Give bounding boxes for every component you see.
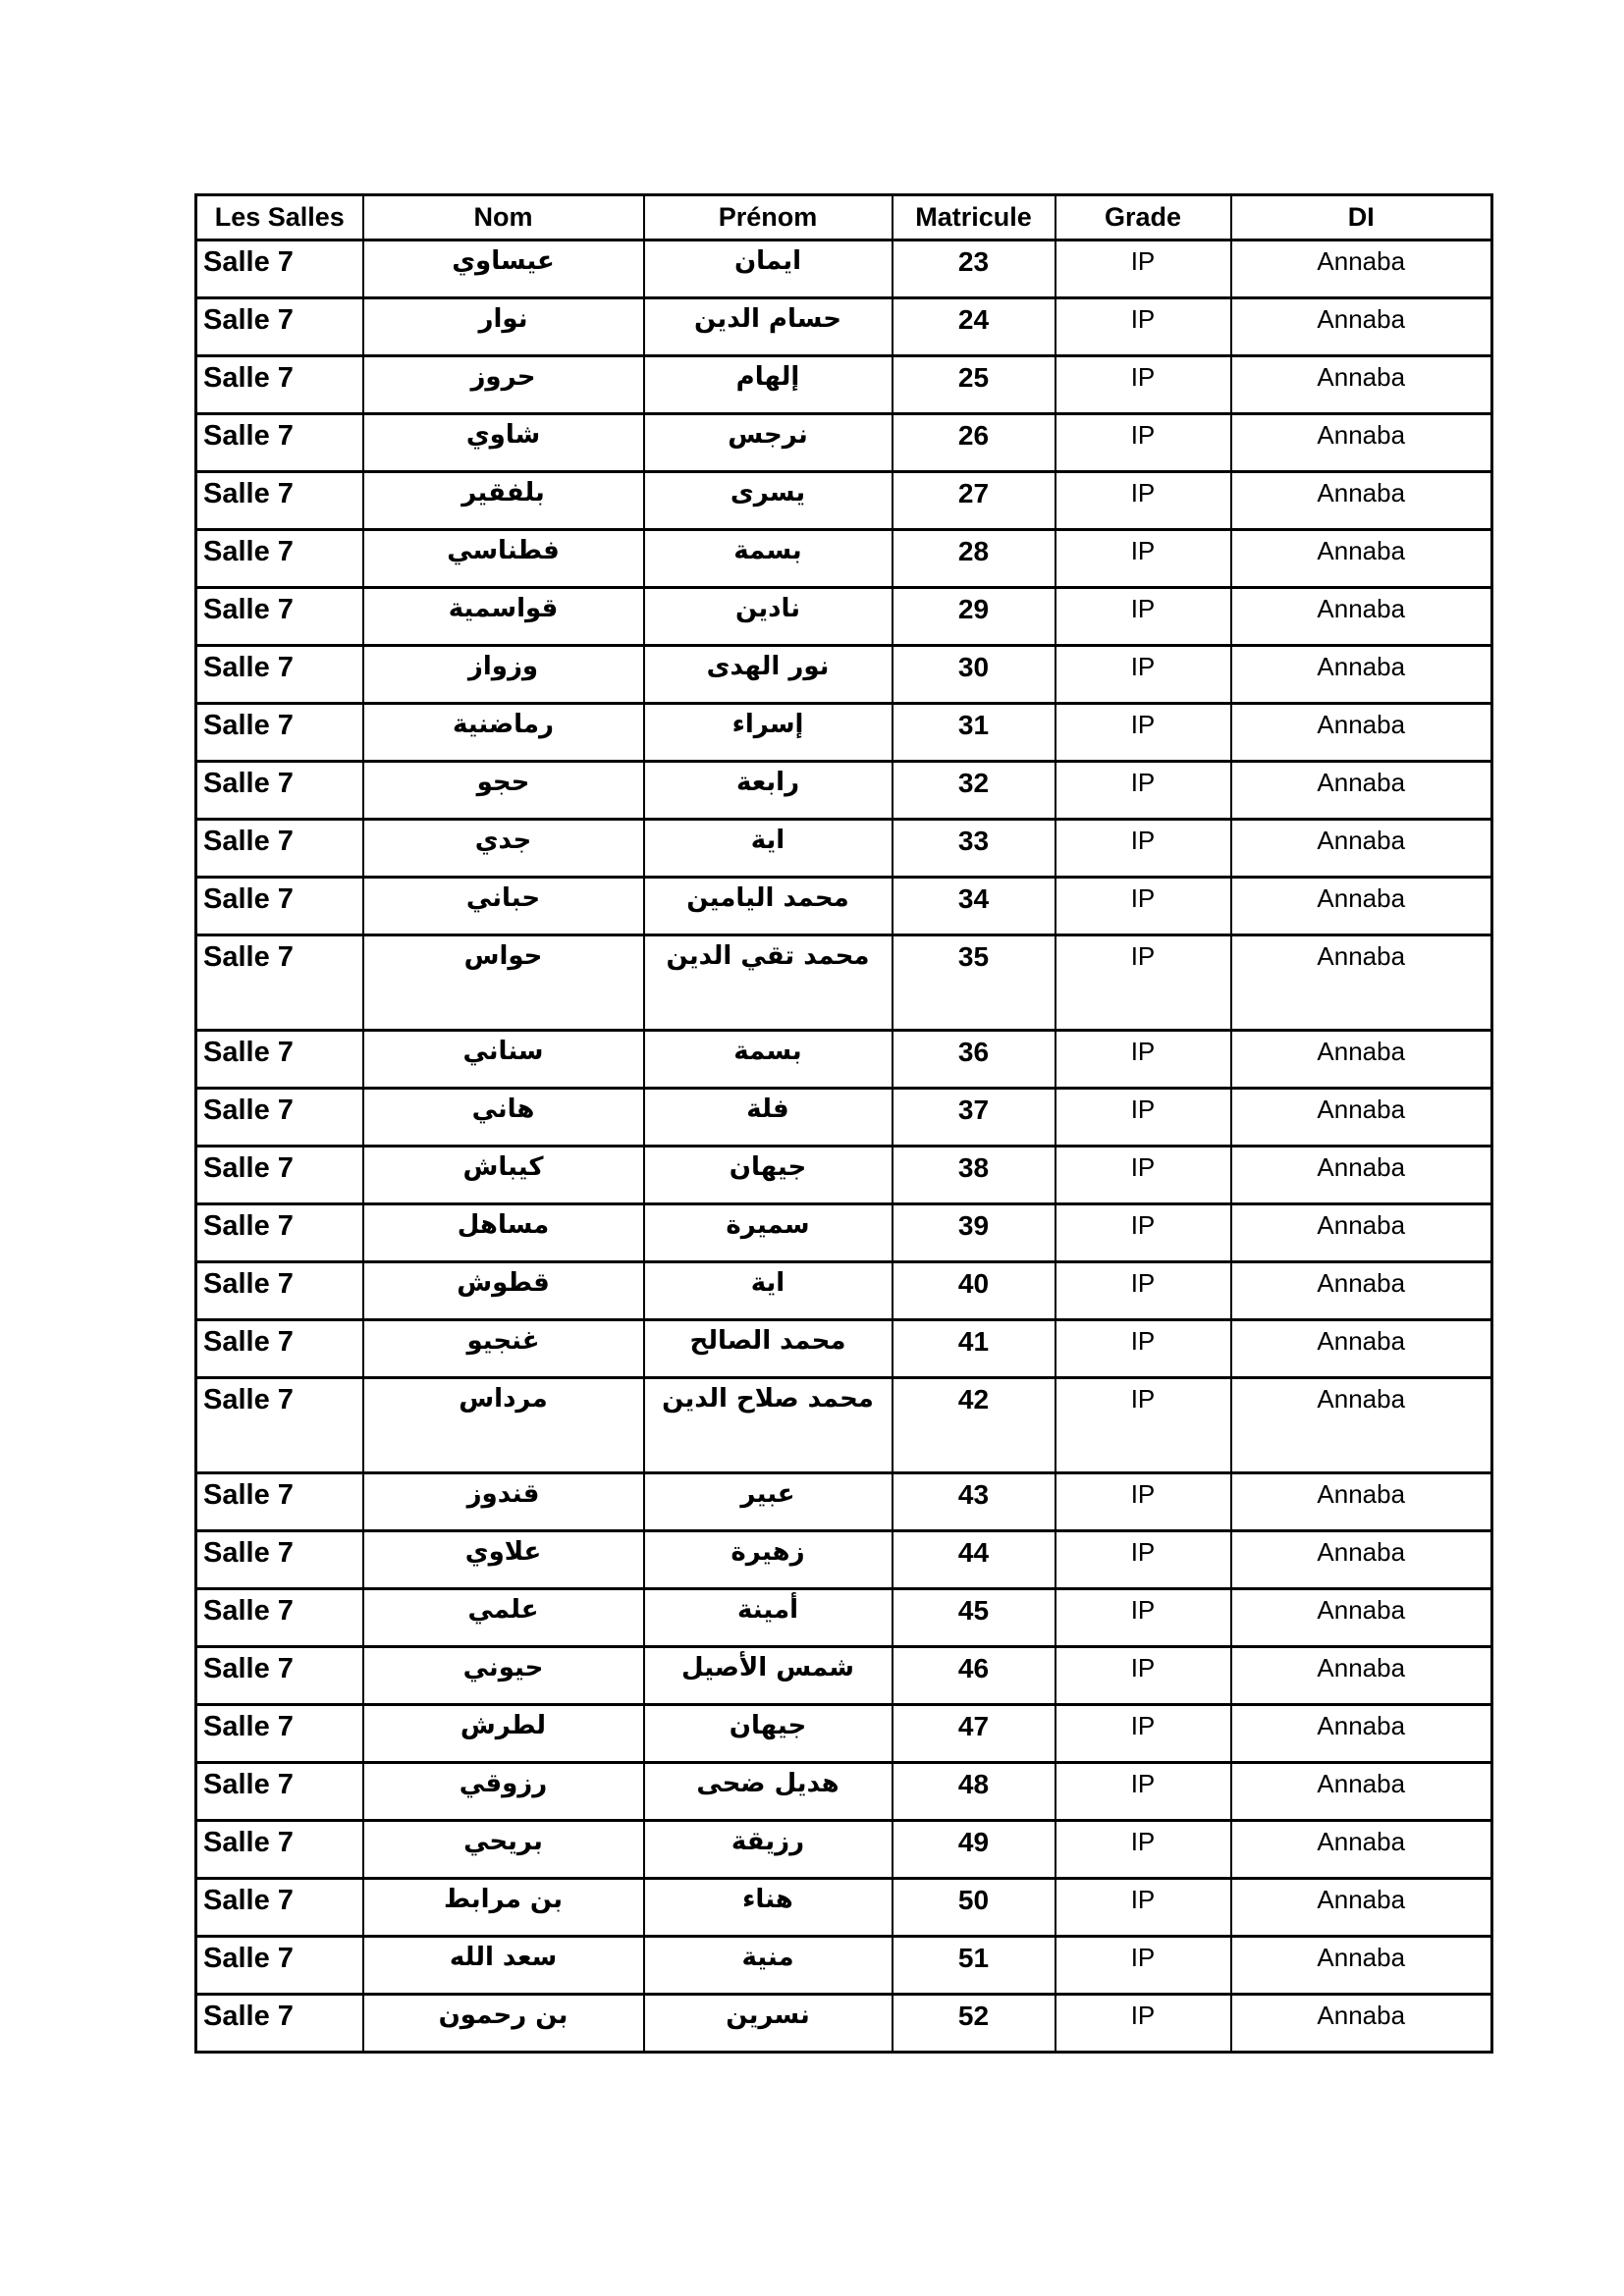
- table-row: Salle 7علميأمينة45IPAnnaba: [196, 1589, 1492, 1647]
- cell-nom: حروز: [363, 356, 644, 414]
- table-row: Salle 7نوارحسام الدين24IPAnnaba: [196, 298, 1492, 356]
- cell-salle: Salle 7: [196, 1147, 363, 1204]
- cell-grade: IP: [1056, 1995, 1231, 2053]
- cell-di: Annaba: [1231, 878, 1492, 935]
- table-row: Salle 7علاويزهيرة44IPAnnaba: [196, 1531, 1492, 1589]
- cell-nom: حواس: [363, 935, 644, 1031]
- cell-grade: IP: [1056, 1089, 1231, 1147]
- cell-grade: IP: [1056, 704, 1231, 762]
- cell-nom: بن مرابط: [363, 1879, 644, 1937]
- cell-prenom: نادين: [644, 588, 893, 646]
- cell-di: Annaba: [1231, 1763, 1492, 1821]
- cell-di: Annaba: [1231, 1204, 1492, 1262]
- cell-prenom: زهيرة: [644, 1531, 893, 1589]
- cell-matricule: 51: [893, 1937, 1056, 1995]
- cell-grade: IP: [1056, 1763, 1231, 1821]
- cell-salle: Salle 7: [196, 240, 363, 298]
- table-header: Les Salles Nom Prénom Matricule Grade DI: [196, 195, 1492, 240]
- cell-prenom: أمينة: [644, 1589, 893, 1647]
- cell-nom: سعد الله: [363, 1937, 644, 1995]
- cell-salle: Salle 7: [196, 530, 363, 588]
- cell-prenom: سميرة: [644, 1204, 893, 1262]
- cell-prenom: رابعة: [644, 762, 893, 820]
- cell-salle: Salle 7: [196, 646, 363, 704]
- cell-matricule: 24: [893, 298, 1056, 356]
- cell-grade: IP: [1056, 1204, 1231, 1262]
- cell-salle: Salle 7: [196, 356, 363, 414]
- cell-matricule: 27: [893, 472, 1056, 530]
- cell-salle: Salle 7: [196, 298, 363, 356]
- cell-nom: كيباش: [363, 1147, 644, 1204]
- table-row: Salle 7بن رحموننسرين52IPAnnaba: [196, 1995, 1492, 2053]
- cell-prenom: اية: [644, 820, 893, 878]
- header-di: DI: [1231, 195, 1492, 240]
- cell-salle: Salle 7: [196, 1705, 363, 1763]
- cell-di: Annaba: [1231, 1531, 1492, 1589]
- header-matricule: Matricule: [893, 195, 1056, 240]
- cell-nom: عيساوي: [363, 240, 644, 298]
- cell-matricule: 26: [893, 414, 1056, 472]
- cell-prenom: محمد تقي الدين: [644, 935, 893, 1031]
- table-body: Salle 7عيساويايمان23IPAnnabaSalle 7نوارح…: [196, 240, 1492, 2053]
- cell-salle: Salle 7: [196, 1763, 363, 1821]
- table-row: Salle 7سنانيبسمة36IPAnnaba: [196, 1031, 1492, 1089]
- table-row: Salle 7هانيفلة37IPAnnaba: [196, 1089, 1492, 1147]
- cell-di: Annaba: [1231, 762, 1492, 820]
- salle-roster-table: Les Salles Nom Prénom Matricule Grade DI…: [194, 193, 1493, 2054]
- cell-di: Annaba: [1231, 1031, 1492, 1089]
- cell-matricule: 36: [893, 1031, 1056, 1089]
- cell-di: Annaba: [1231, 704, 1492, 762]
- cell-prenom: حسام الدين: [644, 298, 893, 356]
- cell-grade: IP: [1056, 1320, 1231, 1378]
- table-row: Salle 7حجورابعة32IPAnnaba: [196, 762, 1492, 820]
- cell-di: Annaba: [1231, 1262, 1492, 1320]
- cell-matricule: 38: [893, 1147, 1056, 1204]
- cell-matricule: 33: [893, 820, 1056, 878]
- cell-nom: قواسمية: [363, 588, 644, 646]
- cell-di: Annaba: [1231, 1089, 1492, 1147]
- table-row: Salle 7بريحيرزيقة49IPAnnaba: [196, 1821, 1492, 1879]
- cell-matricule: 52: [893, 1995, 1056, 2053]
- table-row: Salle 7فطناسيبسمة28IPAnnaba: [196, 530, 1492, 588]
- table-row: Salle 7قطوشاية40IPAnnaba: [196, 1262, 1492, 1320]
- table-row: Salle 7كيباشجيهان38IPAnnaba: [196, 1147, 1492, 1204]
- cell-nom: قطوش: [363, 1262, 644, 1320]
- cell-matricule: 39: [893, 1204, 1056, 1262]
- cell-salle: Salle 7: [196, 1647, 363, 1705]
- cell-prenom: يسرى: [644, 472, 893, 530]
- cell-nom: وزواز: [363, 646, 644, 704]
- cell-grade: IP: [1056, 1473, 1231, 1531]
- cell-grade: IP: [1056, 356, 1231, 414]
- cell-salle: Salle 7: [196, 1320, 363, 1378]
- cell-salle: Salle 7: [196, 762, 363, 820]
- cell-prenom: إسراء: [644, 704, 893, 762]
- table-row: Salle 7مرداسمحمد صلاح الدين42IPAnnaba: [196, 1378, 1492, 1473]
- cell-nom: قندوز: [363, 1473, 644, 1531]
- cell-salle: Salle 7: [196, 1589, 363, 1647]
- cell-prenom: شمس الأصيل: [644, 1647, 893, 1705]
- cell-prenom: بسمة: [644, 1031, 893, 1089]
- cell-matricule: 43: [893, 1473, 1056, 1531]
- cell-di: Annaba: [1231, 1937, 1492, 1995]
- cell-grade: IP: [1056, 472, 1231, 530]
- cell-di: Annaba: [1231, 530, 1492, 588]
- cell-salle: Salle 7: [196, 1879, 363, 1937]
- header-les-salles: Les Salles: [196, 195, 363, 240]
- header-grade: Grade: [1056, 195, 1231, 240]
- table-row: Salle 7قندوزعبير43IPAnnaba: [196, 1473, 1492, 1531]
- cell-matricule: 37: [893, 1089, 1056, 1147]
- cell-salle: Salle 7: [196, 1995, 363, 2053]
- cell-matricule: 46: [893, 1647, 1056, 1705]
- cell-di: Annaba: [1231, 356, 1492, 414]
- cell-nom: فطناسي: [363, 530, 644, 588]
- header-nom: Nom: [363, 195, 644, 240]
- cell-grade: IP: [1056, 298, 1231, 356]
- cell-matricule: 47: [893, 1705, 1056, 1763]
- cell-di: Annaba: [1231, 935, 1492, 1031]
- cell-nom: مساهل: [363, 1204, 644, 1262]
- cell-grade: IP: [1056, 820, 1231, 878]
- table-row: Salle 7جدياية33IPAnnaba: [196, 820, 1492, 878]
- cell-nom: جدي: [363, 820, 644, 878]
- cell-salle: Salle 7: [196, 935, 363, 1031]
- cell-salle: Salle 7: [196, 1031, 363, 1089]
- cell-nom: حباني: [363, 878, 644, 935]
- cell-prenom: هديل ضحى: [644, 1763, 893, 1821]
- cell-prenom: عبير: [644, 1473, 893, 1531]
- cell-salle: Salle 7: [196, 878, 363, 935]
- cell-nom: سناني: [363, 1031, 644, 1089]
- cell-prenom: فلة: [644, 1089, 893, 1147]
- table-row: Salle 7حيونيشمس الأصيل46IPAnnaba: [196, 1647, 1492, 1705]
- table-row: Salle 7لطرشجيهان47IPAnnaba: [196, 1705, 1492, 1763]
- cell-nom: شاوي: [363, 414, 644, 472]
- table-row: Salle 7رماضنيةإسراء31IPAnnaba: [196, 704, 1492, 762]
- table-row: Salle 7مساهلسميرة39IPAnnaba: [196, 1204, 1492, 1262]
- cell-prenom: رزيقة: [644, 1821, 893, 1879]
- table-row: Salle 7بلفقيريسرى27IPAnnaba: [196, 472, 1492, 530]
- cell-grade: IP: [1056, 1262, 1231, 1320]
- cell-salle: Salle 7: [196, 1821, 363, 1879]
- cell-matricule: 45: [893, 1589, 1056, 1647]
- cell-nom: هاني: [363, 1089, 644, 1147]
- cell-nom: علاوي: [363, 1531, 644, 1589]
- cell-nom: رزوقي: [363, 1763, 644, 1821]
- cell-prenom: منية: [644, 1937, 893, 1995]
- cell-prenom: محمد صلاح الدين: [644, 1378, 893, 1473]
- cell-di: Annaba: [1231, 240, 1492, 298]
- cell-matricule: 41: [893, 1320, 1056, 1378]
- cell-di: Annaba: [1231, 1378, 1492, 1473]
- cell-matricule: 32: [893, 762, 1056, 820]
- cell-nom: بريحي: [363, 1821, 644, 1879]
- table-row: Salle 7حبانيمحمد اليامين34IPAnnaba: [196, 878, 1492, 935]
- cell-matricule: 30: [893, 646, 1056, 704]
- table-row: Salle 7حروزإلهام25IPAnnaba: [196, 356, 1492, 414]
- cell-grade: IP: [1056, 1031, 1231, 1089]
- cell-salle: Salle 7: [196, 1378, 363, 1473]
- table-row: Salle 7عيساويايمان23IPAnnaba: [196, 240, 1492, 298]
- cell-di: Annaba: [1231, 646, 1492, 704]
- cell-di: Annaba: [1231, 1473, 1492, 1531]
- cell-grade: IP: [1056, 1647, 1231, 1705]
- cell-nom: بلفقير: [363, 472, 644, 530]
- cell-nom: لطرش: [363, 1705, 644, 1763]
- cell-salle: Salle 7: [196, 1531, 363, 1589]
- cell-grade: IP: [1056, 1705, 1231, 1763]
- cell-salle: Salle 7: [196, 1262, 363, 1320]
- cell-nom: نوار: [363, 298, 644, 356]
- cell-di: Annaba: [1231, 1647, 1492, 1705]
- cell-matricule: 44: [893, 1531, 1056, 1589]
- table-row: Salle 7قواسميةنادين29IPAnnaba: [196, 588, 1492, 646]
- cell-di: Annaba: [1231, 820, 1492, 878]
- cell-grade: IP: [1056, 1879, 1231, 1937]
- cell-salle: Salle 7: [196, 1473, 363, 1531]
- cell-di: Annaba: [1231, 414, 1492, 472]
- cell-salle: Salle 7: [196, 472, 363, 530]
- cell-matricule: 48: [893, 1763, 1056, 1821]
- cell-matricule: 29: [893, 588, 1056, 646]
- cell-prenom: نور الهدى: [644, 646, 893, 704]
- cell-prenom: ايمان: [644, 240, 893, 298]
- cell-matricule: 40: [893, 1262, 1056, 1320]
- cell-matricule: 25: [893, 356, 1056, 414]
- cell-nom: حيوني: [363, 1647, 644, 1705]
- cell-prenom: هناء: [644, 1879, 893, 1937]
- cell-prenom: جيهان: [644, 1705, 893, 1763]
- cell-grade: IP: [1056, 1589, 1231, 1647]
- table-row: Salle 7بن مرابطهناء50IPAnnaba: [196, 1879, 1492, 1937]
- cell-nom: بن رحمون: [363, 1995, 644, 2053]
- cell-nom: علمي: [363, 1589, 644, 1647]
- table-row: Salle 7شاوينرجس26IPAnnaba: [196, 414, 1492, 472]
- cell-grade: IP: [1056, 1378, 1231, 1473]
- cell-grade: IP: [1056, 1147, 1231, 1204]
- cell-grade: IP: [1056, 646, 1231, 704]
- cell-grade: IP: [1056, 935, 1231, 1031]
- cell-matricule: 42: [893, 1378, 1056, 1473]
- cell-grade: IP: [1056, 762, 1231, 820]
- cell-di: Annaba: [1231, 1320, 1492, 1378]
- cell-salle: Salle 7: [196, 414, 363, 472]
- cell-grade: IP: [1056, 414, 1231, 472]
- cell-grade: IP: [1056, 240, 1231, 298]
- table-row: Salle 7غنجيومحمد الصالح41IPAnnaba: [196, 1320, 1492, 1378]
- cell-salle: Salle 7: [196, 1089, 363, 1147]
- table-row: Salle 7رزوقيهديل ضحى48IPAnnaba: [196, 1763, 1492, 1821]
- cell-nom: حجو: [363, 762, 644, 820]
- cell-grade: IP: [1056, 530, 1231, 588]
- cell-prenom: بسمة: [644, 530, 893, 588]
- cell-nom: غنجيو: [363, 1320, 644, 1378]
- cell-prenom: نسرين: [644, 1995, 893, 2053]
- cell-grade: IP: [1056, 1531, 1231, 1589]
- cell-nom: مرداس: [363, 1378, 644, 1473]
- cell-nom: رماضنية: [363, 704, 644, 762]
- cell-di: Annaba: [1231, 1879, 1492, 1937]
- cell-di: Annaba: [1231, 298, 1492, 356]
- cell-prenom: اية: [644, 1262, 893, 1320]
- cell-grade: IP: [1056, 878, 1231, 935]
- cell-grade: IP: [1056, 1937, 1231, 1995]
- cell-di: Annaba: [1231, 1821, 1492, 1879]
- header-row: Les Salles Nom Prénom Matricule Grade DI: [196, 195, 1492, 240]
- cell-prenom: جيهان: [644, 1147, 893, 1204]
- table-row: Salle 7وزوازنور الهدى30IPAnnaba: [196, 646, 1492, 704]
- cell-salle: Salle 7: [196, 588, 363, 646]
- cell-matricule: 49: [893, 1821, 1056, 1879]
- document-page: Les Salles Nom Prénom Matricule Grade DI…: [0, 0, 1624, 2296]
- cell-di: Annaba: [1231, 1589, 1492, 1647]
- cell-prenom: إلهام: [644, 356, 893, 414]
- cell-prenom: نرجس: [644, 414, 893, 472]
- cell-matricule: 31: [893, 704, 1056, 762]
- cell-salle: Salle 7: [196, 820, 363, 878]
- cell-di: Annaba: [1231, 1705, 1492, 1763]
- cell-matricule: 35: [893, 935, 1056, 1031]
- cell-grade: IP: [1056, 588, 1231, 646]
- cell-matricule: 28: [893, 530, 1056, 588]
- cell-di: Annaba: [1231, 1147, 1492, 1204]
- table-row: Salle 7سعد اللهمنية51IPAnnaba: [196, 1937, 1492, 1995]
- table-row: Salle 7حواسمحمد تقي الدين35IPAnnaba: [196, 935, 1492, 1031]
- cell-di: Annaba: [1231, 472, 1492, 530]
- cell-prenom: محمد الصالح: [644, 1320, 893, 1378]
- cell-salle: Salle 7: [196, 704, 363, 762]
- cell-salle: Salle 7: [196, 1204, 363, 1262]
- cell-salle: Salle 7: [196, 1937, 363, 1995]
- cell-prenom: محمد اليامين: [644, 878, 893, 935]
- cell-grade: IP: [1056, 1821, 1231, 1879]
- cell-matricule: 23: [893, 240, 1056, 298]
- cell-matricule: 50: [893, 1879, 1056, 1937]
- cell-di: Annaba: [1231, 588, 1492, 646]
- cell-matricule: 34: [893, 878, 1056, 935]
- header-prenom: Prénom: [644, 195, 893, 240]
- cell-di: Annaba: [1231, 1995, 1492, 2053]
